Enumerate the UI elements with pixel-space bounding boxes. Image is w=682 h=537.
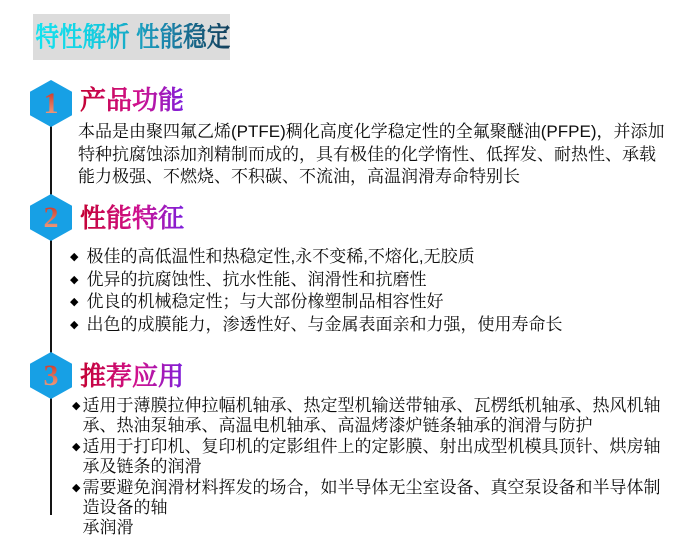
step-number-2: 2 — [44, 203, 59, 233]
bullet-text: 极佳的高低温性和热稳定性,永不变稀,不熔化,无胶质 — [86, 246, 474, 269]
diamond-bullet-icon: ◆ — [70, 246, 78, 269]
product-feature-slide: 特性解析 性能稳定 1 2 3 产品功能 本品是由聚四氟乙烯(PTFE)稠化高度… — [0, 0, 682, 537]
list-item: ◆ 极佳的高低温性和热稳定性,永不变稀,不熔化,无胶质 — [70, 246, 654, 269]
diamond-bullet-icon: ◆ — [70, 291, 78, 314]
list-item: ◆ 适用于薄膜拉伸拉幅机轴承、热定型机输送带轴承、瓦楞纸机轴承、热风机轴承、热油… — [72, 396, 666, 437]
list-item: ◆ 适用于打印机、复印机的定影组件上的定影膜、射出成型机模具顶针、烘房轴承及链条… — [72, 437, 666, 478]
section-title-performance-characteristics: 性能特征 — [80, 204, 184, 233]
list-item: ◆ 优良的机械稳定性；与大部份橡塑制品相容性好 — [70, 291, 654, 314]
step-number-1: 1 — [44, 89, 59, 119]
step-hexagon-1: 1 — [30, 80, 72, 127]
diamond-bullet-icon: ◆ — [70, 314, 78, 337]
step-hexagon-3: 3 — [30, 352, 72, 399]
timeline-connector-line — [50, 103, 52, 515]
list-item: ◆ 出色的成膜能力，渗透性好、与金属表面亲和力强，使用寿命长 — [70, 314, 654, 337]
header-banner: 特性解析 性能稳定 — [33, 14, 230, 60]
bullet-text: 适用于打印机、复印机的定影组件上的定影膜、射出成型机模具顶针、烘房轴承及链条的润… — [82, 437, 666, 478]
bullet-text: 出色的成膜能力，渗透性好、与金属表面亲和力强，使用寿命长 — [86, 314, 562, 337]
list-item: ◆ 优异的抗腐蚀性、抗水性能、润滑性和抗磨性 — [70, 269, 654, 292]
diamond-bullet-icon: ◆ — [70, 269, 78, 292]
section-body-product-functions: 本品是由聚四氟乙烯(PTFE)稠化高度化学稳定性的全氟聚醚油(PFPE)，并添加… — [78, 121, 668, 189]
performance-bullet-list: ◆ 极佳的高低温性和热稳定性,永不变稀,不熔化,无胶质 ◆ 优异的抗腐蚀性、抗水… — [70, 246, 654, 336]
diamond-bullet-icon: ◆ — [72, 478, 80, 498]
bullet-text: 优良的机械稳定性；与大部份橡塑制品相容性好 — [86, 291, 443, 314]
section-title-recommended-applications: 推荐应用 — [80, 362, 184, 391]
step-hexagon-2: 2 — [30, 194, 72, 241]
diamond-bullet-icon: ◆ — [72, 437, 80, 457]
list-item: ◆ 需要避免润滑材料挥发的场合，如半导体无尘室设备、真空泵设备和半导体制造设备的… — [72, 478, 666, 537]
bullet-text: 优异的抗腐蚀性、抗水性能、润滑性和抗磨性 — [86, 269, 426, 292]
section-title-product-functions: 产品功能 — [80, 86, 184, 115]
diamond-bullet-icon: ◆ — [72, 396, 80, 416]
page-title: 特性解析 性能稳定 — [33, 23, 230, 51]
step-number-3: 3 — [44, 361, 59, 391]
bullet-text: 需要避免润滑材料挥发的场合，如半导体无尘室设备、真空泵设备和半导体制造设备的轴 … — [82, 478, 666, 537]
applications-bullet-list: ◆ 适用于薄膜拉伸拉幅机轴承、热定型机输送带轴承、瓦楞纸机轴承、热风机轴承、热油… — [72, 396, 666, 537]
bullet-text: 适用于薄膜拉伸拉幅机轴承、热定型机输送带轴承、瓦楞纸机轴承、热风机轴承、热油泵轴… — [82, 396, 666, 437]
